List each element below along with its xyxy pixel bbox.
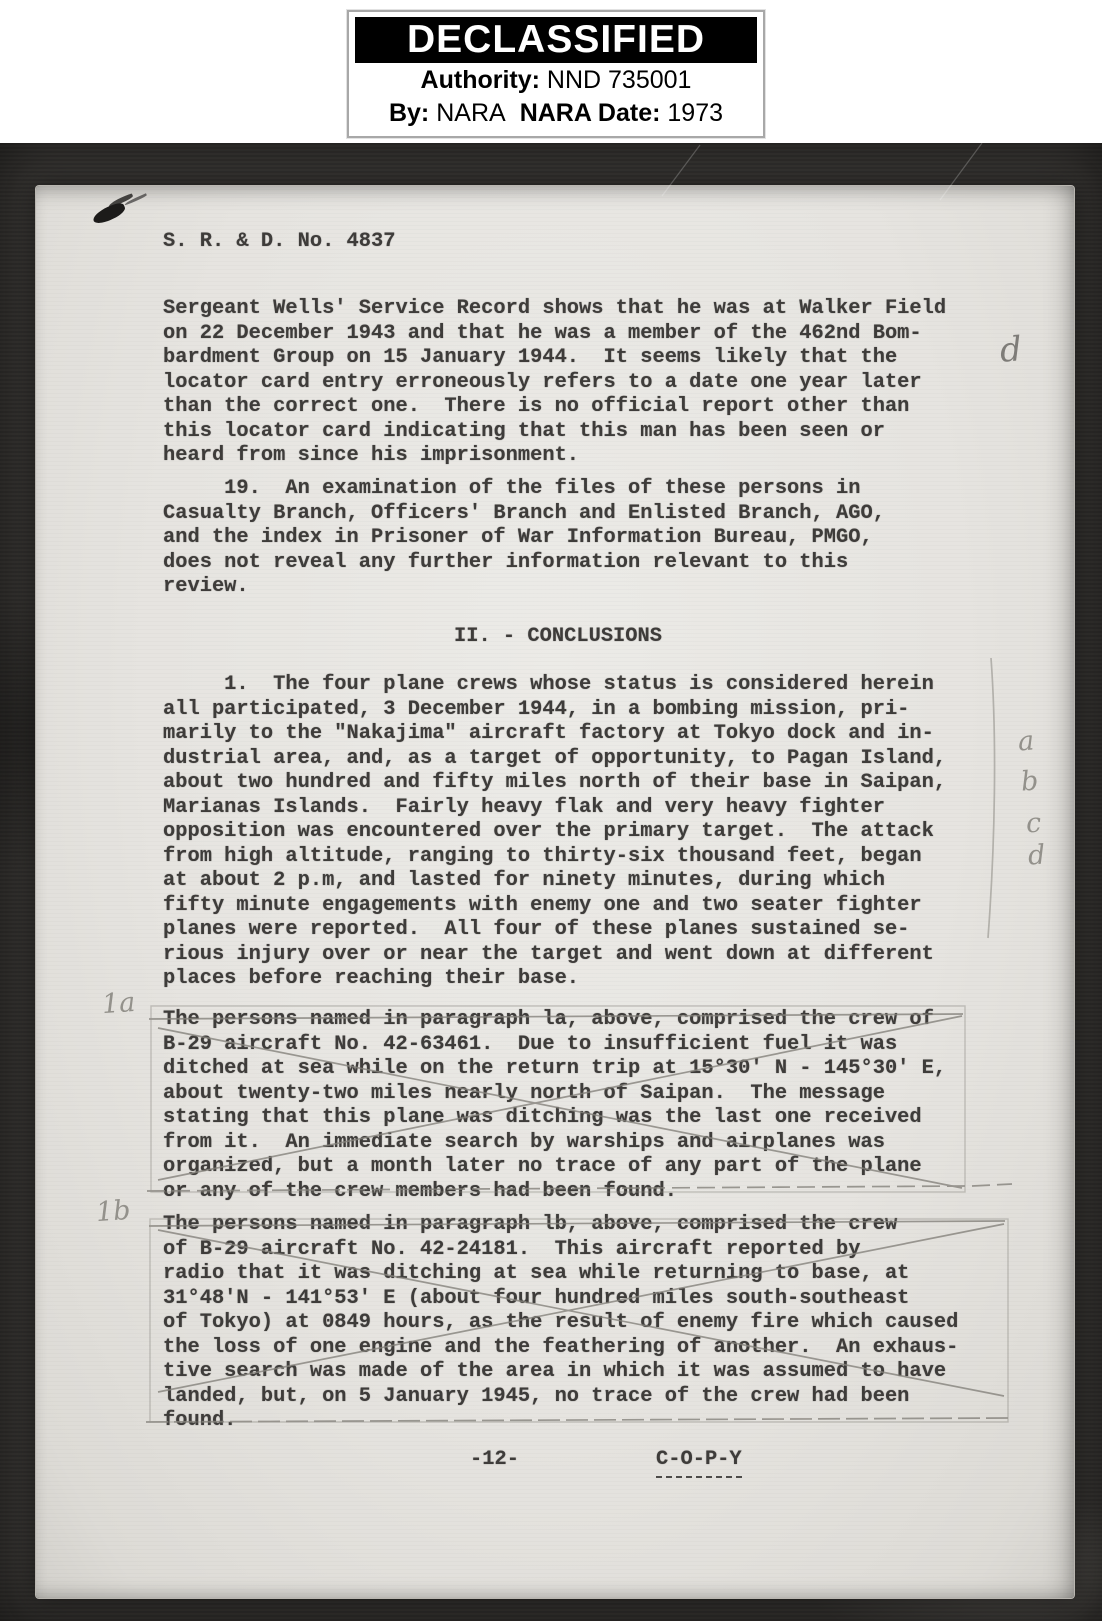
paragraph-1a: The persons named in paragraph la, above… [163, 1008, 946, 1204]
margin-note-c: c [1025, 808, 1042, 840]
page-number: -12- [470, 1448, 519, 1473]
margin-note-a: a [1017, 725, 1035, 757]
by-label: By: [389, 99, 429, 127]
ref-number: S. R. & D. No. 4837 [163, 230, 396, 255]
scanned-document: DECLASSIFIED Authority: NND 735001 By: N… [0, 0, 1102, 1621]
paragraph-1b: The persons named in paragraph lb, above… [163, 1213, 958, 1434]
paragraph-1: 1. The four plane crews whose status is … [163, 673, 946, 992]
date-value: 1973 [667, 99, 723, 127]
declassified-stamp: DECLASSIFIED Authority: NND 735001 By: N… [347, 10, 765, 138]
date-label: NARA Date: [520, 99, 661, 127]
authority-value: NND 735001 [547, 66, 692, 94]
paragraph-19: 19. An examination of the files of these… [163, 477, 885, 600]
stamp-by-line: By: NARANARA Date: 1973 [355, 98, 757, 129]
section-heading: II. - CONCLUSIONS [163, 625, 953, 650]
margin-note-b: b [1020, 765, 1039, 797]
margin-note-d-top: d [999, 329, 1024, 370]
copy-mark: C-O-P-Y [656, 1448, 742, 1478]
stamp-authority-line: Authority: NND 735001 [355, 65, 757, 96]
margin-note-1a: 1a [101, 987, 136, 1020]
margin-note-d: d [1027, 839, 1046, 871]
margin-note-1b: 1b [95, 1195, 132, 1228]
stamp-title: DECLASSIFIED [355, 17, 757, 63]
authority-label: Authority: [421, 66, 540, 94]
by-value: NARA [436, 99, 505, 127]
paragraph-wells: Sergeant Wells' Service Record shows tha… [163, 297, 946, 469]
